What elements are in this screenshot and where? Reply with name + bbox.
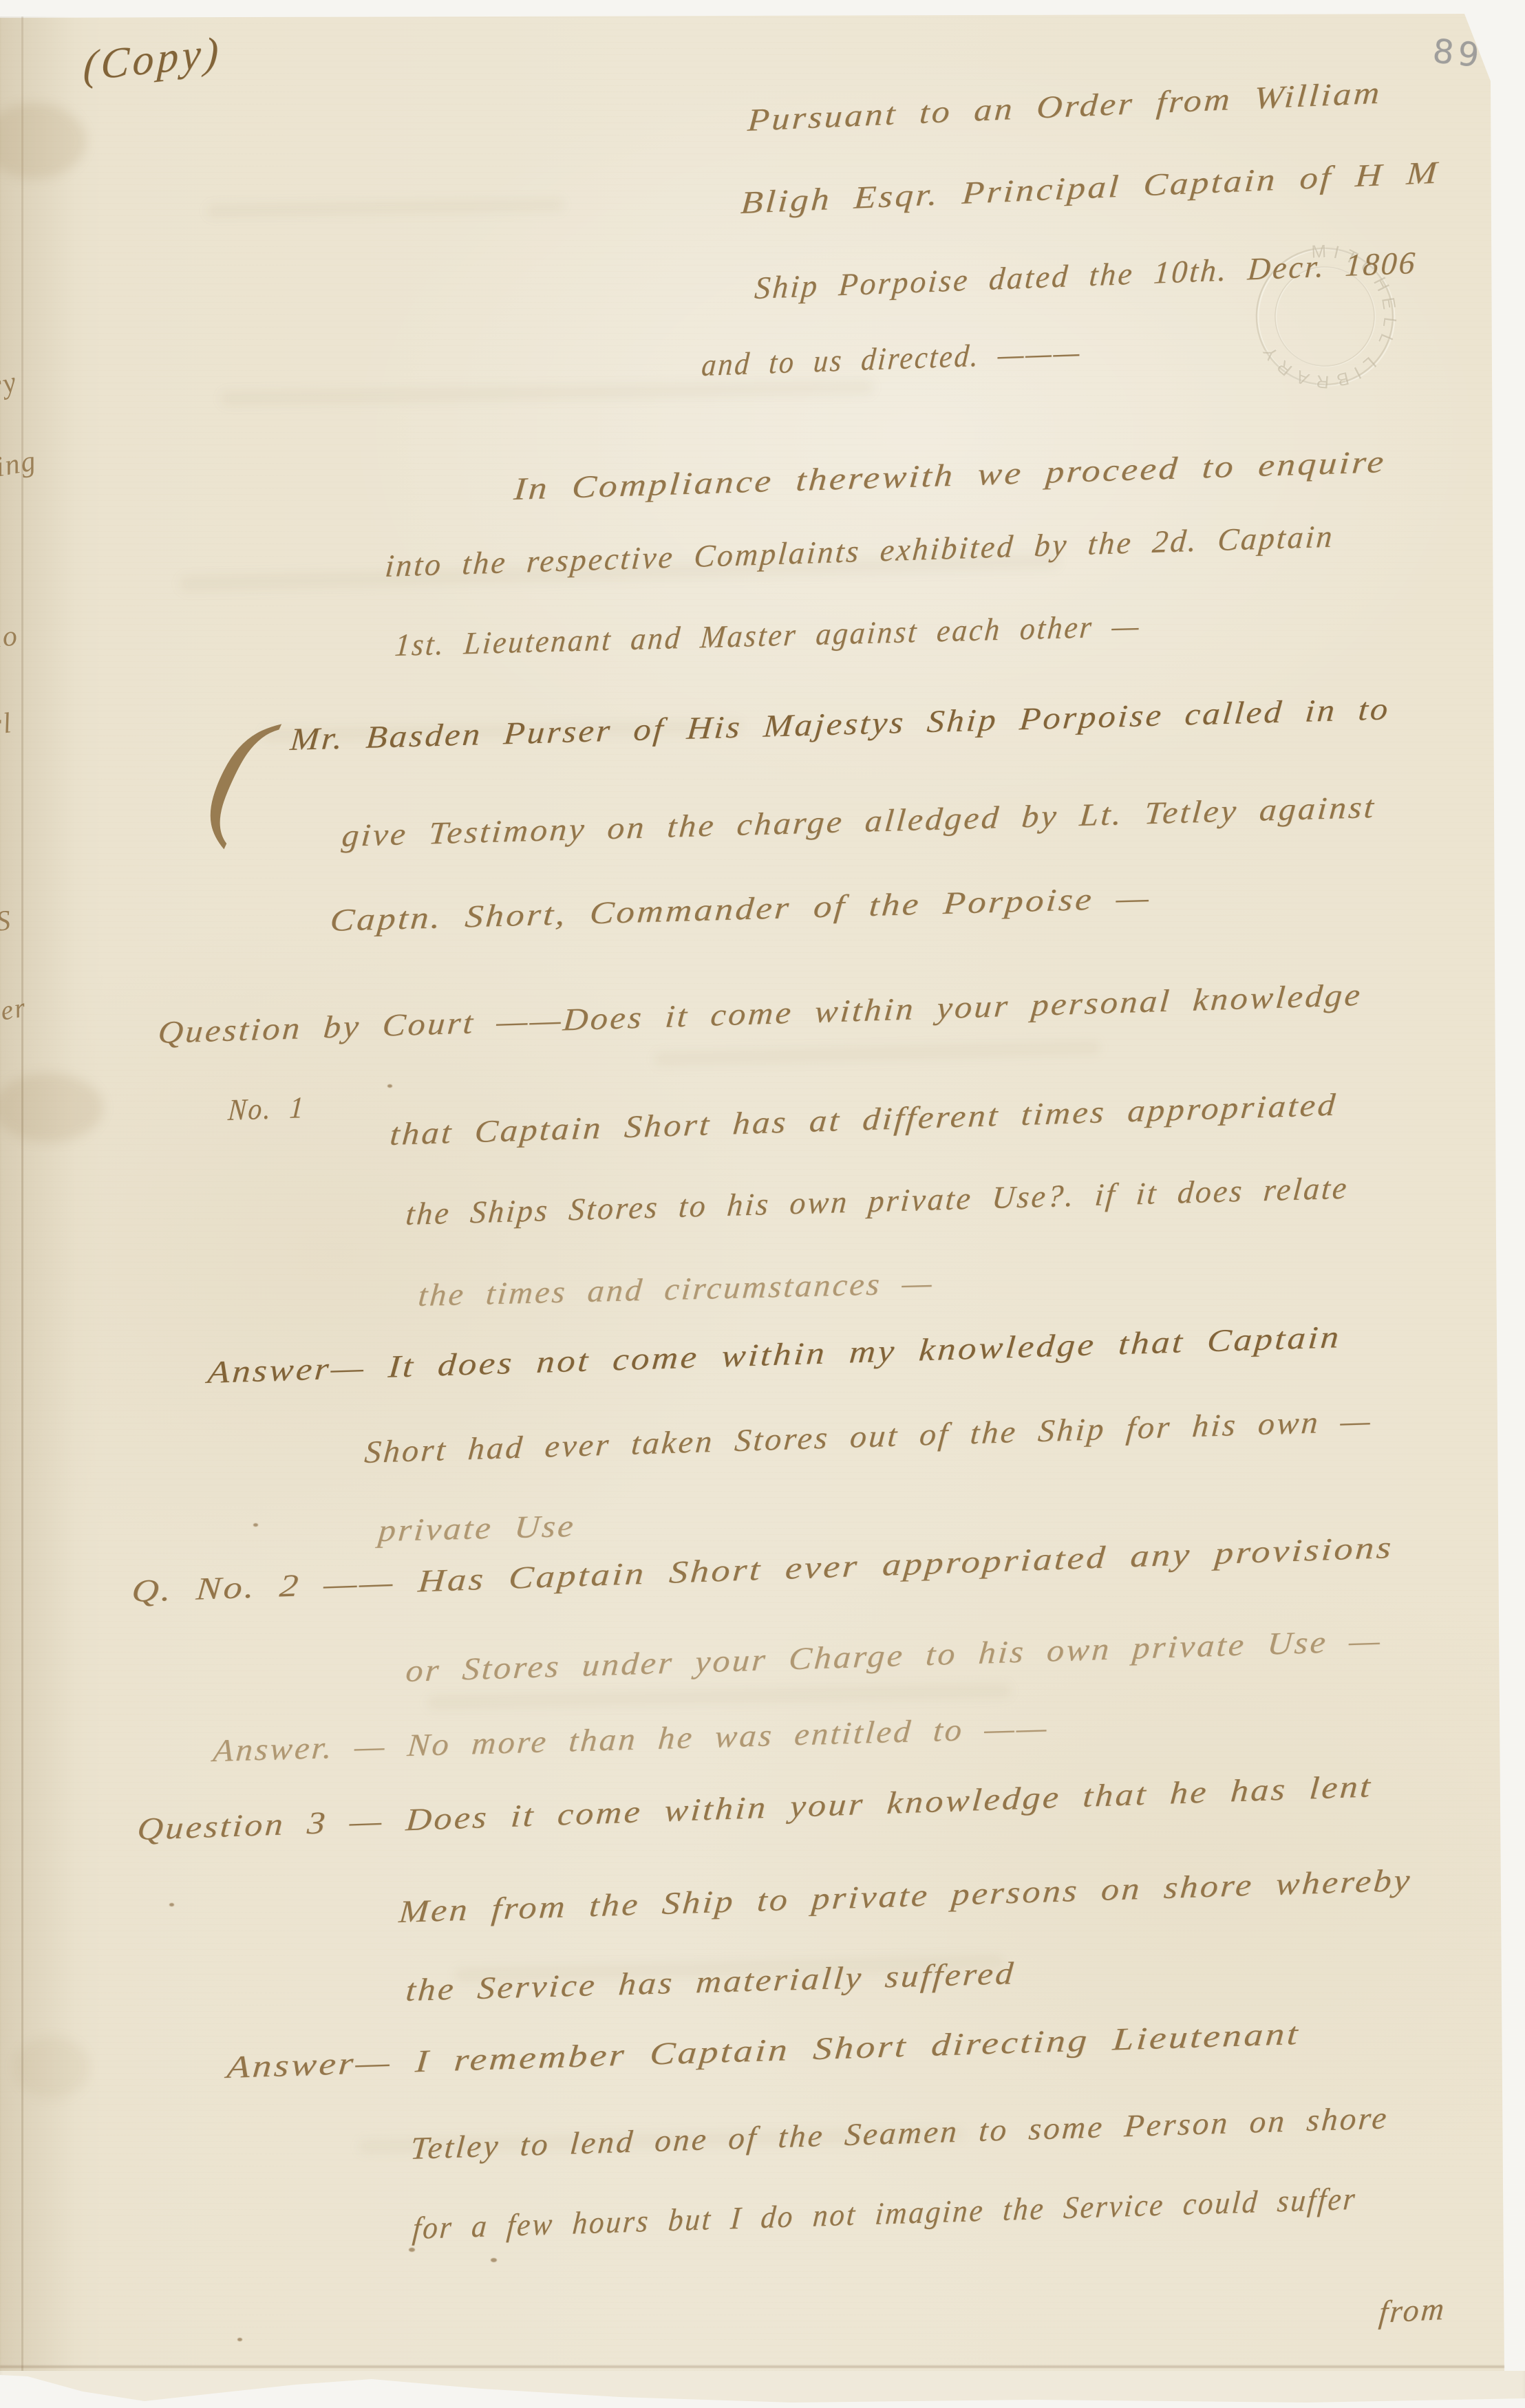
margin-fragment: ler xyxy=(0,993,29,1026)
catchword: from xyxy=(1378,2293,1447,2328)
question1-number-label: No. 1 xyxy=(227,1093,306,1126)
ink-speck xyxy=(387,1084,392,1088)
ink-speck xyxy=(237,2338,242,2341)
ink-speck xyxy=(253,1523,258,1527)
gutter-fold-line xyxy=(21,17,23,2371)
bottom-crease-line xyxy=(0,2365,1504,2368)
manuscript-scan: MITCHELL LIBRARY 89 (Copy) Pursuant to a… xyxy=(0,0,1525,2408)
underlying-page-edge xyxy=(0,2371,1525,2408)
answer1-line-3: private Use xyxy=(377,1510,577,1547)
ink-speck xyxy=(409,2248,415,2252)
paper-stain xyxy=(14,2036,89,2098)
margin-fragment: S xyxy=(0,906,12,936)
ink-speck xyxy=(169,1903,174,1906)
ink-speck xyxy=(491,2258,497,2262)
folio-page-number: 89 xyxy=(1431,32,1485,75)
margin-fragment: lo xyxy=(0,621,20,653)
